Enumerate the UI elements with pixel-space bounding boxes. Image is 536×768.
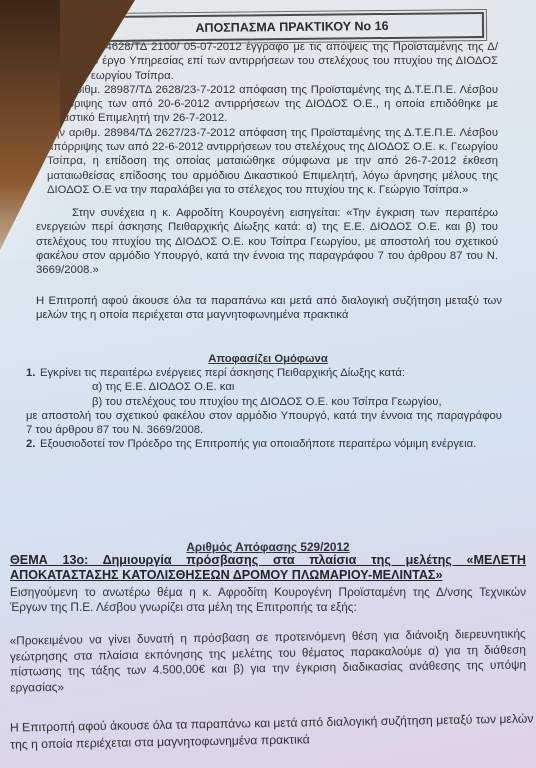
committee-paragraph-2: Η Επιτροπή αφού άκουσε όλα τα παραπάνω κ… xyxy=(10,710,536,753)
document-title: ΑΠΟΣΠΑΣΜΑ ΠΡΑΚΤΙΚΟΥ No 16 xyxy=(195,19,388,35)
decision-item-1: 1. Εγκρίνει τις περαιτέρω ενέργειες περί… xyxy=(26,366,502,380)
decision-item-2: 2. Εξουσιοδοτεί τον Πρόεδρο της Επιτροπή… xyxy=(26,437,502,451)
document-title-box: ΑΠΟΣΠΑΣΜΑ ΠΡΑΚΤΙΚΟΥ No 16 xyxy=(100,12,484,42)
proposal-text: Στην συνέχεια η κ. Αφροδίτη Κουρογένη ει… xyxy=(36,207,498,276)
topic-intro: Εισηγούμενη το ανωτέρω θέμα η κ. Αφροδίτ… xyxy=(10,585,526,615)
decision-heading: Αποφασίζει Ομόφωνα xyxy=(0,352,536,366)
decision-item-number: 2. xyxy=(26,437,35,451)
proposal-paragraph: Στην συνέχεια η κ. Αφροδίτη Κουρογένη ει… xyxy=(36,206,498,277)
decision-item-text: Εξουσιοδοτεί τον Πρόεδρο της Επιτροπής γ… xyxy=(40,438,476,450)
decision-subitem-b: β) του στελέχους του πτυχίου της ΔΙΟΔΟΣ … xyxy=(92,396,442,408)
decision-items: 1. Εγκρίνει τις περαιτέρω ενέργειες περί… xyxy=(26,366,502,452)
topic-heading-text: ΘΕΜΑ 13ο: Δημιουργία πρόσβασης στα πλαίσ… xyxy=(10,553,526,582)
decision-subitem-a: α) της Ε.Ε. ΔΙΟΔΟΣ Ο.Ε. και xyxy=(92,381,234,393)
decision-heading-text: Αποφασίζει Ομόφωνα xyxy=(208,353,328,365)
item-text: Την αριθμ. 28984/ΤΔ 2627/23-7-2012 απόφα… xyxy=(47,127,498,196)
numbered-item-14: 14. Το αριθμ. 24628/ΤΔ 2100/ 05-07-2012 … xyxy=(0,40,498,83)
decision-item-tail-text: με αποστολή του σχετικού φακέλου στον αρ… xyxy=(26,410,502,436)
committee-text: Η Επιτροπή αφού άκουσε όλα τα παραπάνω κ… xyxy=(36,295,502,321)
topic-quote: «Προκειμένου να γίνει δυνατή η πρόσβαση … xyxy=(10,626,527,695)
topic-intro-text: Εισηγούμενη το ανωτέρω θέμα η κ. Αφροδίτ… xyxy=(10,585,526,614)
decision-item-number: 1. xyxy=(26,366,35,380)
decision-item-text: Εγκρίνει τις περαιτέρω ενέργειες περί άσ… xyxy=(40,367,405,379)
decision-item-1a: α) της Ε.Ε. ΔΙΟΔΟΣ Ο.Ε. και xyxy=(26,380,502,394)
decision-item-1-tail: με αποστολή του σχετικού φακέλου στον αρ… xyxy=(26,409,502,438)
committee-paragraph-1: Η Επιτροπή αφού άκουσε όλα τα παραπάνω κ… xyxy=(36,294,502,323)
topic-heading: ΘΕΜΑ 13ο: Δημιουργία πρόσβασης στα πλαίσ… xyxy=(10,553,526,583)
decision-item-1b: β) του στελέχους του πτυχίου της ΔΙΟΔΟΣ … xyxy=(26,395,502,409)
topic-quote-text: «Προκειμένου να γίνει δυνατή η πρόσβαση … xyxy=(10,626,527,694)
decision-number-text: Αριθμός Απόφασης 529/2012 xyxy=(186,540,349,554)
committee-text: Η Επιτροπή αφού άκουσε όλα τα παραπάνω κ… xyxy=(10,711,534,751)
